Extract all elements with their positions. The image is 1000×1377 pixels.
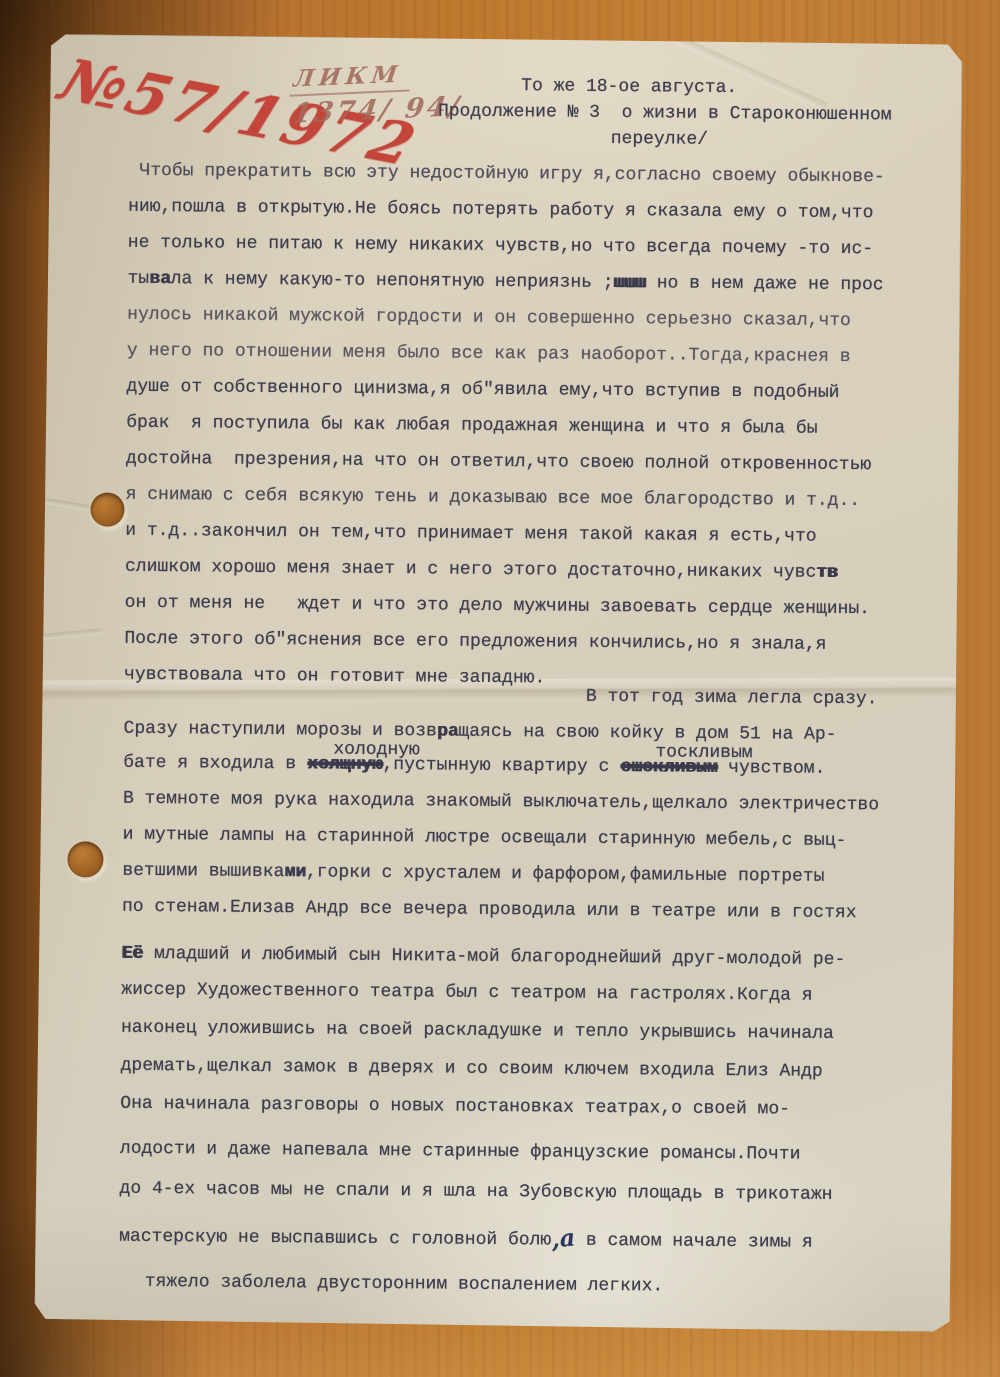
typed-text: до 4-ех часов мы не спали и я шла на Зуб… — [119, 1179, 832, 1205]
punch-hole — [67, 841, 103, 877]
typed-text: он от меня не ждет и что это дело мужчин… — [125, 593, 870, 620]
typed-line: В тот год зима легла сразу. — [586, 679, 939, 718]
small-crease — [41, 628, 101, 640]
typed-text: и мутные лампы на старинной люстре освещ… — [123, 825, 847, 851]
typewritten-text: То же 18-ое августа.Продолжение № 3 о жи… — [119, 36, 945, 1307]
typed-text: ветшими вышивка — [122, 861, 284, 882]
punch-hole — [90, 492, 124, 526]
typed-text: младший и любимый сын Никита-мой благоро… — [143, 944, 845, 970]
typed-text: в самом начале зимы я — [575, 1231, 813, 1253]
typed-line: лодости и даже напевала мне старинные фр… — [120, 1131, 935, 1174]
typed-line: дремать,щелкал замок в дверях и со своим… — [120, 1048, 935, 1091]
typed-line: по стенам.Елизав Андр все вечера проводи… — [122, 889, 937, 932]
handwritten-insert: ,а — [550, 1223, 577, 1254]
typed-text: тв — [816, 563, 838, 583]
typed-text: и т.д..закончил он тем,что принимает мен… — [125, 521, 816, 547]
header-line: переулке/ — [611, 126, 944, 155]
typed-line: тяжело заболела двусторонним воспалением… — [119, 1264, 934, 1307]
typed-text: нулось никакой мужской гордости и он сов… — [127, 305, 851, 331]
header-line: Продолжение № 3 о жизни в Староконюшенно… — [438, 98, 944, 128]
typed-text: Она начинала разговоры о новых постановк… — [120, 1094, 790, 1120]
typed-body: Чтобы прекратить всю эту недостойную игр… — [119, 153, 944, 1307]
typed-correction-word: холодную — [333, 732, 420, 769]
typed-text: достойна презрения,на что он ответил,что… — [126, 449, 871, 476]
typed-line: до 4-ех часов мы не спали и я шла на Зуб… — [119, 1171, 934, 1214]
typed-header: То же 18-ое августа.Продолжение № 3 о жи… — [129, 36, 945, 155]
typed-text: ла к нему какую-то непонятную неприязнь … — [171, 269, 614, 293]
typed-text: ты — [127, 269, 149, 289]
paper-sheet: №57/1972 ЛИКМ 1374/ 94/ То же 18-ое авгу… — [34, 34, 962, 1332]
typed-text: у него по отношении меня было все как ра… — [127, 341, 851, 367]
typed-text: Чтобы прекратить всю эту недостойную игр… — [139, 161, 884, 188]
typed-text: жиссер Художественного театра был с теат… — [121, 980, 812, 1006]
typed-text: лодости и даже напевала мне старинные фр… — [120, 1139, 801, 1165]
typed-text: Её — [122, 944, 144, 964]
typed-text: слишком хорошо меня знает и с него этого… — [125, 557, 816, 583]
typed-text: мастерскую не выспавшись с головной болю — [119, 1227, 551, 1251]
typed-text: я снимаю с себя всякую тень и доказываю … — [126, 485, 861, 511]
typed-text: нию,пошла в открытую.Не боясь потерять р… — [128, 197, 873, 224]
typed-text: ми — [284, 862, 306, 882]
typed-text: не только не питаю к нему никаких чувств… — [128, 233, 873, 260]
header-line: То же 18-ое августа. — [521, 73, 944, 103]
typed-text: по стенам.Елизав Андр все вечера проводи… — [122, 897, 857, 923]
typed-line: Чтобы прекратить всю эту недостойную игр… — [128, 153, 943, 196]
typed-text: но в нем даже не прос — [646, 273, 884, 295]
typed-text: ва — [149, 269, 171, 289]
typed-line: мастерскую не выспавшись с головной болю… — [119, 1218, 934, 1261]
typed-text: тяжело заболела двусторонним воспалением… — [145, 1272, 664, 1297]
typed-line: жиссер Художественного театра был с теат… — [121, 972, 936, 1015]
typed-line: холоднуютоскливым — [123, 730, 938, 773]
typed-text: шшш — [614, 273, 647, 293]
typed-line: наконец уложившись на своей раскладушке … — [121, 1010, 936, 1053]
typed-text: После этого об"яснения все его предложен… — [124, 629, 826, 655]
typed-text: душе от собственного цинизма,я об"явила … — [126, 377, 839, 403]
typed-text: В тот год зима легла сразу. — [586, 687, 878, 710]
typed-text: наконец уложившись на своей раскладушке … — [121, 1018, 834, 1044]
typed-text: дремать,щелкал замок в дверях и со своим… — [121, 1056, 823, 1082]
typed-text: чувствовала что он готовит мне западню. — [124, 665, 545, 689]
typed-text: ,горки с хрусталем и фарфором,фамильные … — [306, 862, 825, 887]
typed-text: брак я поступила бы как любая продажная … — [126, 413, 817, 439]
typed-line: у него по отношении меня было все как ра… — [127, 333, 942, 376]
typed-text: В темноте моя рука находила знакомый вык… — [123, 789, 879, 816]
typed-line: я снимаю с себя всякую тень и доказываю … — [125, 477, 940, 520]
wood-table-background: №57/1972 ЛИКМ 1374/ 94/ То же 18-ое авгу… — [0, 0, 1000, 1377]
typed-line: Она начинала разговоры о новых постановк… — [120, 1086, 935, 1129]
typed-correction-word: тоскливым — [655, 734, 753, 771]
